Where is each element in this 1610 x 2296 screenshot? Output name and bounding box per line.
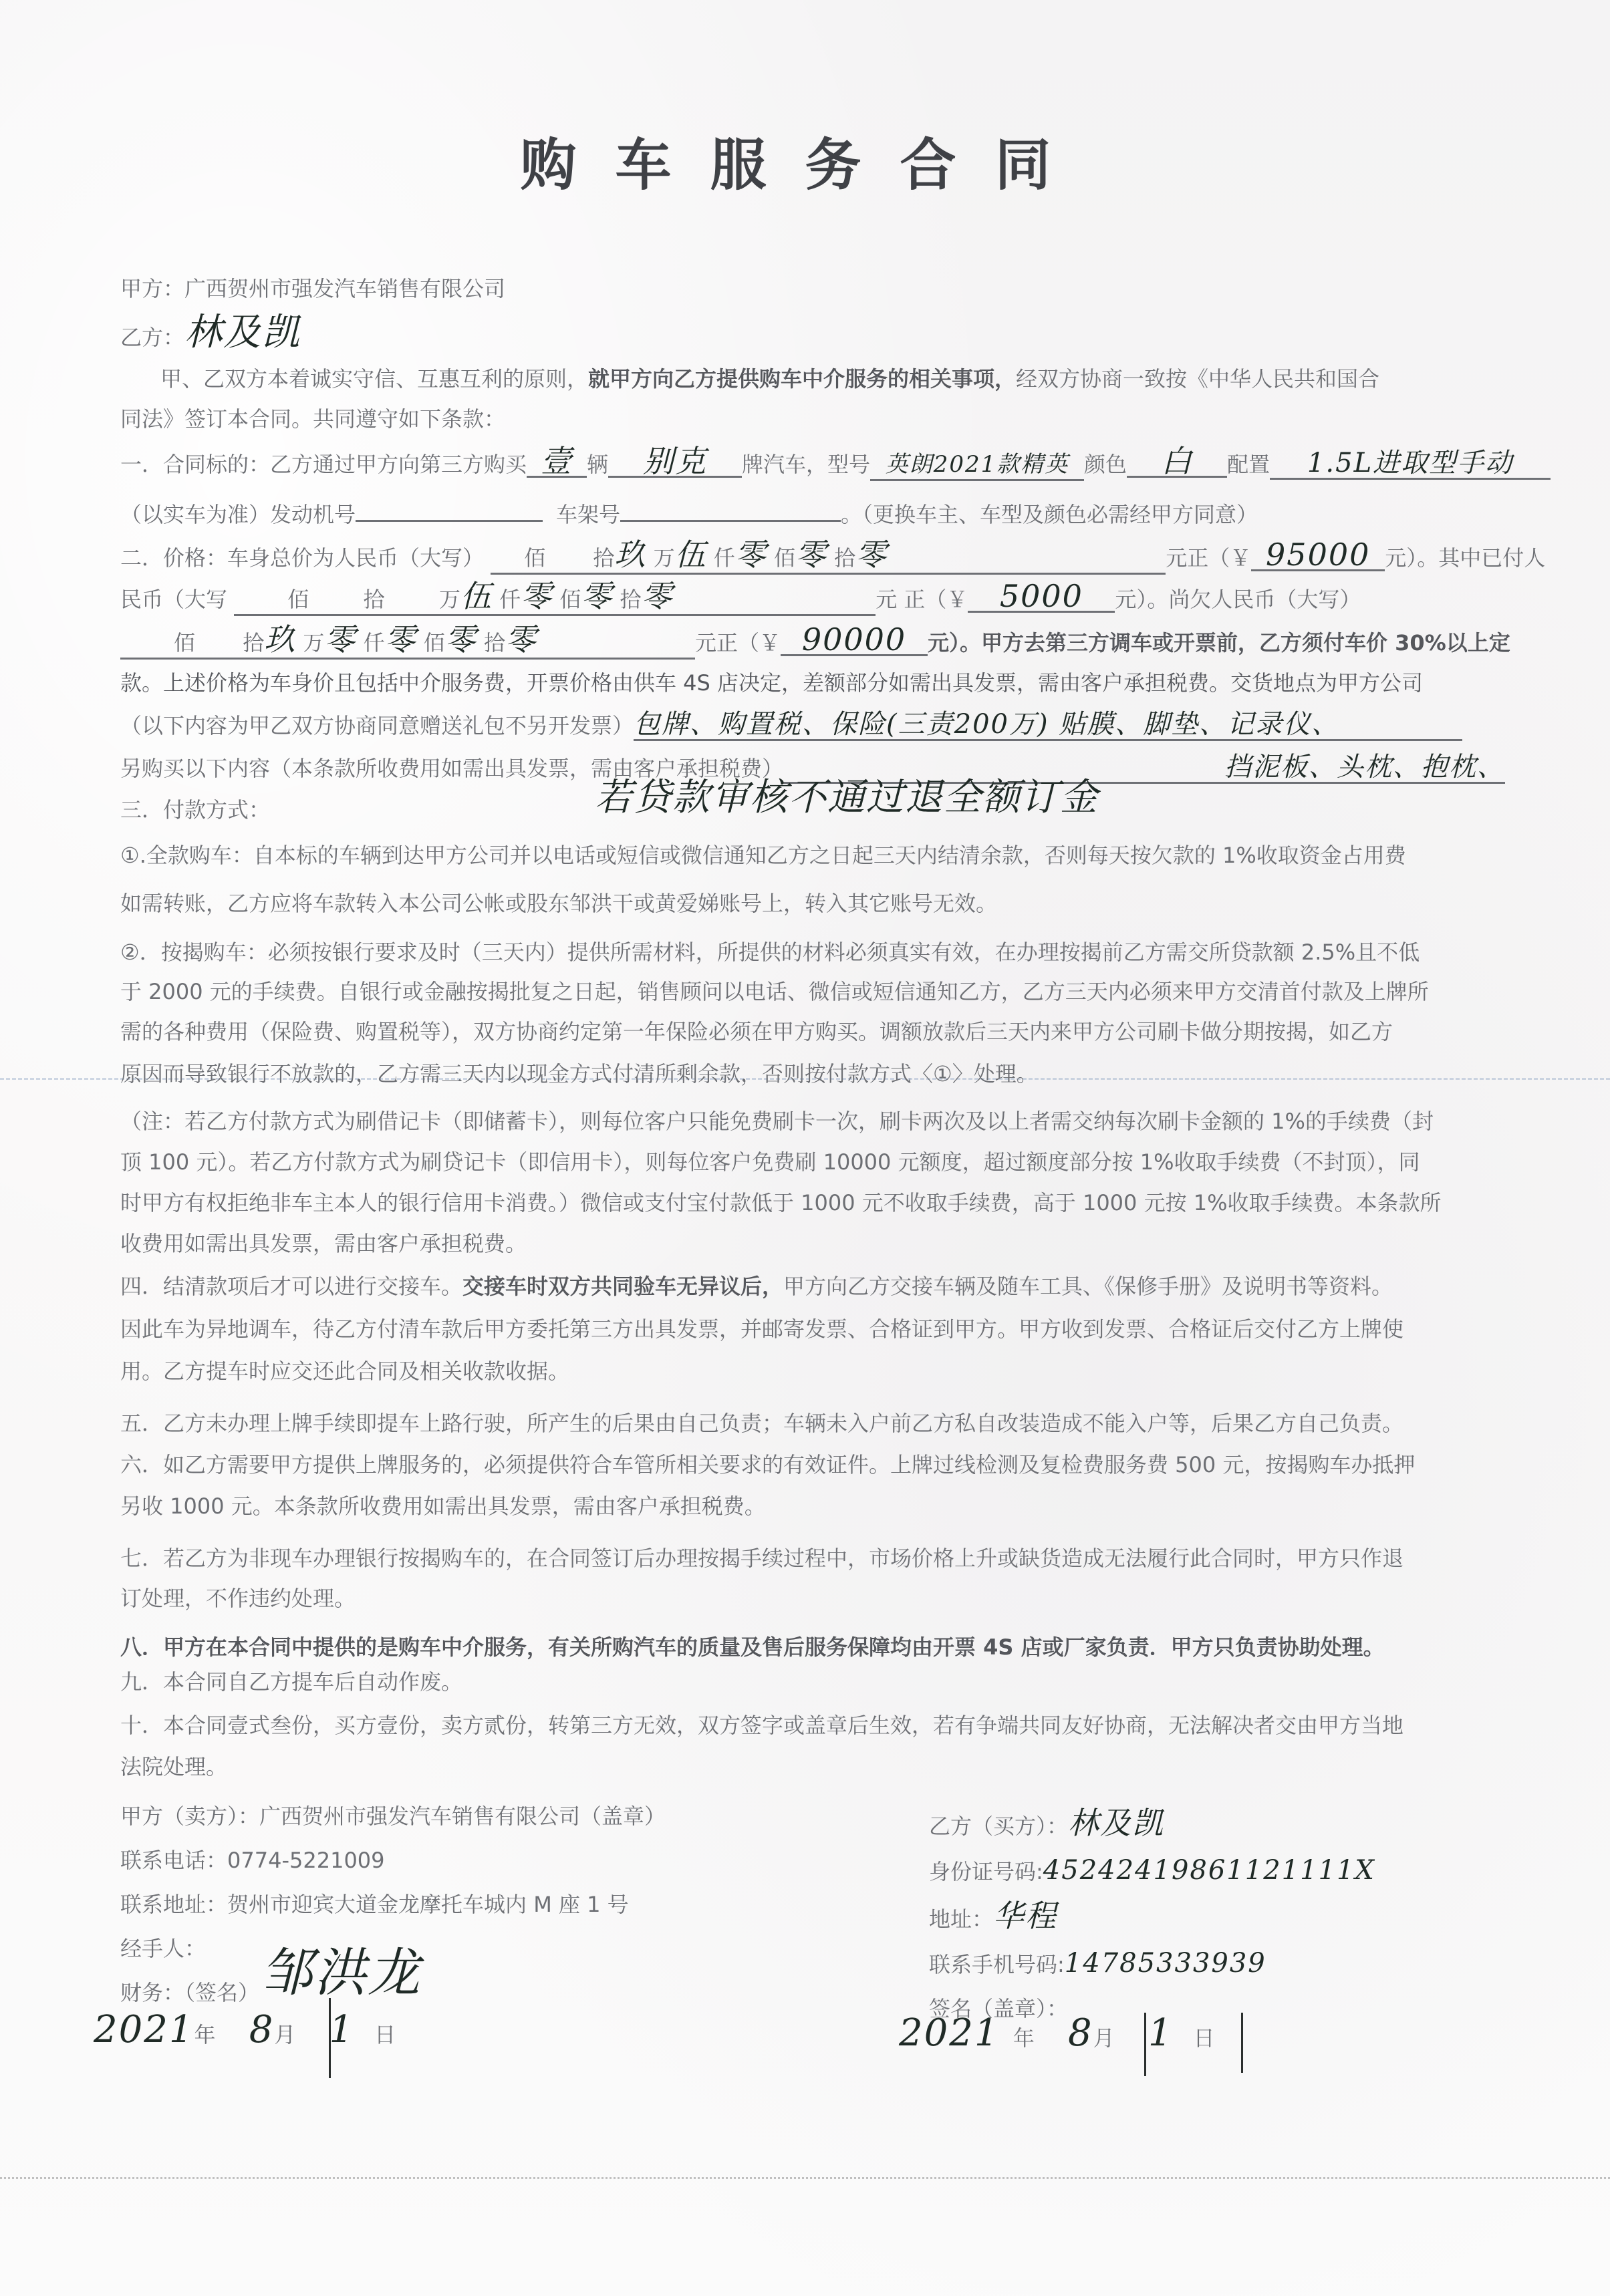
handwritten-refund-note: 若贷款审核不通过退全额订金 [595, 783, 1610, 817]
full-payment-line-1: ①.全款购车：自本标的车辆到达甲方公司并以电话或短信或微信通知乙方之日起三天内结… [120, 841, 1610, 870]
frame-number-field [620, 493, 841, 522]
total-price-capital-field: 佰 拾玖 万伍 仟零 佰零 拾零 [491, 540, 1166, 575]
note-line-3: 时甲方有权拒绝非车主本人的银行信用卡消费。）微信或支付宝付款低于 1000 元不… [120, 1188, 1610, 1217]
buyer-signature-block: 乙方（买方）：林及凯 身份证号码:45242419861121111X 地址：华… [929, 1801, 1375, 2031]
seller-phone: 0774-5221009 [227, 1848, 385, 1873]
clause-5: 五．乙方未办理上牌手续即提车上路行驶，所产生的后果由自己负责；车辆未入户前乙方私… [120, 1409, 1610, 1438]
party-b-handwritten-name: 林及凯 [184, 311, 301, 354]
clause-4-line-1: 四．结清款项后才可以进行交接车。交接车时双方共同验车无异议后，甲方向乙方交接车辆… [120, 1272, 1610, 1301]
owed-capital-field: 佰 拾玖 万零 仟零 佰零 拾零 [120, 625, 695, 660]
buyer-id-number: 45242419861121111X [1043, 1855, 1375, 1886]
clause-6-line-2: 另收 1000 元。本条款所收费用如需出具发票，需由客户承担税费。 [120, 1491, 1610, 1521]
note-line-1: （注：若乙方付款方式为刷借记卡（即储蓄卡），则每位客户只能免费刷卡一次，刷卡两次… [120, 1107, 1610, 1136]
full-payment-line-2: 如需转账，乙方应将车款转入本公司公帐或股东邹洪干或黄爱娣账号上，转入其它账号无效… [120, 889, 1610, 918]
buyer-mobile-line: 联系手机号码:14785333939 [929, 1941, 1375, 1987]
fold-line [0, 2177, 1610, 2179]
mortgage-line-2: 于 2000 元的手续费。自银行或金融按揭批复之日起，销售顾问以电话、微信或短信… [120, 977, 1610, 1006]
buyer-address-line: 地址：华程 [929, 1894, 1375, 1941]
buyer-mobile: 14785333939 [1065, 1948, 1266, 1979]
clause-7-line-1: 七．若乙方为非现车办理银行按揭购车的，在合同签订后办理按揭手续过程中，市场价格上… [120, 1544, 1610, 1573]
clause-2-total-price: 二．价格：车身总价为人民币（大写） 佰 拾玖 万伍 仟零 佰零 拾零 元正（￥9… [120, 540, 1610, 575]
total-price-amount-field: 95000 [1251, 540, 1385, 571]
vehicle-config-field: 1.5L进取型手动 [1270, 448, 1551, 480]
seller-party-line: 甲方（卖方）：广西贺州市强发汽车销售有限公司（盖章） [120, 1794, 666, 1838]
clause-10-line-1: 十．本合同壹式叁份，买方壹份，卖方贰份，转第三方无效，双方签字或盖章后生效，若有… [120, 1711, 1610, 1740]
engine-number-field [356, 493, 543, 522]
clause-10-line-2: 法院处理。 [120, 1752, 1610, 1781]
vehicle-brand-field: 别克 [608, 446, 742, 478]
buyer-date: 2021 年 8月 1日 [899, 2011, 1215, 2055]
paid-amount-field: 5000 [968, 581, 1115, 613]
clause-8: 八．甲方在本合同中提供的是购车中介服务，有关所购汽车的质量及售后服务保障均由开票… [120, 1632, 1610, 1662]
clause-2-paid-amount: 民币（大写 佰 拾 万伍 仟零 佰零 拾零 元 正（￥5000元）。尚欠人民币（… [120, 581, 1610, 616]
buyer-id-line: 身份证号码:45242419861121111X [929, 1848, 1375, 1894]
preamble-line-1: 甲、乙双方本着诚实守信、互惠互利的原则，就甲方向乙方提供购车中介服务的相关事项，… [160, 364, 1610, 394]
mortgage-line-3: 需的各种费用（保险费、购置税等），双方协商约定第一年保险必须在甲方购买。调额放款… [120, 1017, 1610, 1046]
clause-4-line-2: 因此车为异地调车，待乙方付清车款后甲方委托第三方出具发票，并邮寄发票、合格证到甲… [120, 1314, 1610, 1344]
clause-1-line-1: 一．合同标的：乙方通过甲方向第三方购买壹辆别克牌汽车，型号英朗2021款精英颜色… [120, 446, 1610, 481]
clause-7-line-2: 订处理，不作违约处理。 [120, 1584, 1610, 1613]
seller-date: 2021年 8月 1日 [94, 2008, 396, 2051]
clause-6-line-1: 六．如乙方需要甲方提供上牌服务的，必须提供符合车管所相关要求的有效证件。上牌过线… [120, 1450, 1610, 1479]
clause-2-gift-line: （以下内容为甲乙双方协商同意赠送礼包不另开发票）包牌、购置税、保险(三责200万… [120, 710, 1610, 741]
preamble-line-2: 同法》签订本合同。共同遵守如下条款： [120, 404, 1610, 434]
clause-2-owed-amount: 佰 拾玖 万零 仟零 佰零 拾零 元正（￥90000元）。甲方去第三方调车或开票… [120, 625, 1610, 660]
note-line-2: 顶 100 元）。若乙方付款方式为刷贷记卡（即信用卡），则每位客户免费刷 100… [120, 1147, 1610, 1177]
clause-1-line-2: （以实车为准）发动机号车架号。（更换车主、车型及颜色必需经甲方同意） [120, 493, 1610, 529]
buyer-address: 华程 [993, 1898, 1057, 1934]
gift-items-field: 包牌、购置税、保险(三责200万) 贴膜、脚垫、记录仪、 [634, 710, 1462, 741]
paid-capital-field: 佰 拾 万伍 仟零 佰零 拾零 [234, 581, 876, 616]
pen-stroke [1241, 2013, 1243, 2073]
pen-stroke [329, 1998, 331, 2078]
mortgage-line-1: ②．按揭购车：必须按银行要求及时（三天内）提供所需材料，所提供的材料必须真实有效… [120, 938, 1610, 967]
mortgage-line-4: 原因而导致银行不放款的，乙方需三天内以现金方式付清所剩余款，否则按付款方式〈①〉… [120, 1059, 1610, 1089]
party-a-name: 广西贺州市强发汽车销售有限公司 [184, 276, 505, 301]
vehicle-color-field: 白 [1127, 446, 1227, 478]
note-line-4: 收费用如需出具发票，需由客户承担税费。 [120, 1229, 1610, 1258]
clause-2-pricing-note: 款。上述价格为车身价且包括中介服务费，开票价格由供车 4S 店决定，差额部分如需… [120, 668, 1610, 698]
buyer-party-line: 乙方（买方）：林及凯 [929, 1801, 1375, 1848]
party-a-label: 甲方： [120, 276, 184, 301]
clause-9: 九．本合同自乙方提车后自动作废。 [120, 1667, 1610, 1697]
owed-amount-field: 90000 [781, 625, 928, 656]
vehicle-model-field: 英朗2021款精英 [870, 450, 1084, 481]
handler-signature: 邹洪龙 [261, 1931, 421, 2006]
document-title: 购车服务合同 [0, 120, 1610, 201]
party-b-label: 乙方： [120, 325, 184, 350]
seller-address-line: 联系地址：贺州市迎宾大道金龙摩托车城内 M 座 1 号 [120, 1882, 666, 1926]
preamble-bold: 就甲方向乙方提供购车中介服务的相关事项， [588, 366, 1016, 392]
party-b-line: 乙方：林及凯 [120, 318, 1610, 352]
pen-stroke [1144, 2013, 1146, 2076]
clause-4-line-3: 用。乙方提车时应交还此合同及相关收款收据。 [120, 1356, 1610, 1386]
seller-address: 贺州市迎宾大道金龙摩托车城内 M 座 1 号 [227, 1892, 629, 1917]
party-a-line: 甲方：广西贺州市强发汽车销售有限公司 [120, 274, 1610, 303]
vehicle-quantity-field: 壹 [527, 446, 587, 478]
seller-phone-line: 联系电话：0774-5221009 [120, 1838, 666, 1882]
buyer-handwritten-name: 林及凯 [1068, 1805, 1164, 1841]
